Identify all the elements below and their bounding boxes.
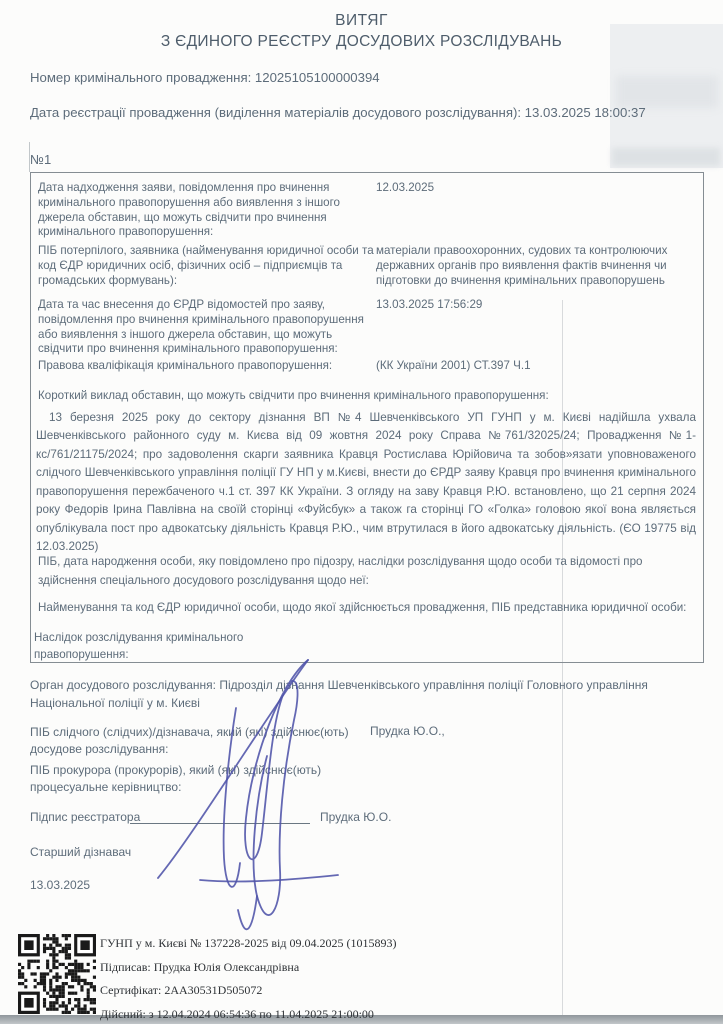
stamp-validity-line: Дійсний: з 12.04.2024 06:54:36 по 11.04.… — [100, 1007, 660, 1022]
document-title-line1: ВИТЯГ — [0, 12, 723, 30]
row-receipt-date-label: Дата надходження заяви, повідомлення про… — [38, 181, 374, 240]
summary-text: 13 березня 2025 року до сектору дізнання… — [36, 409, 696, 557]
prosecutor-label: ПІБ прокурора (прокурорів), який (які) з… — [30, 762, 370, 797]
investigating-authority: Орган досудового розслідування: Підрозді… — [30, 676, 685, 712]
outcome-label: Наслідок розслідування кримінального пра… — [34, 630, 334, 664]
case-number-line: Номер кримінального провадження: 1202510… — [30, 70, 380, 85]
record-number: №1 — [30, 152, 51, 167]
row-applicant-label: ПІБ потерпілого, заявника (найменування … — [38, 244, 374, 288]
row-applicant-value: матеріали правоохоронних, судових та кон… — [376, 244, 698, 288]
legal-entity-label: Найменування та код ЄДР юридичної особи,… — [38, 601, 698, 616]
row-erdr-entry-value: 13.03.2025 17:56:29 — [376, 298, 696, 313]
signature-line — [130, 809, 310, 824]
stamp-certificate-line: Сертифікат: 2AA30531D505072 — [100, 983, 660, 998]
registrar-signature-label: Підпис реєстратора — [30, 810, 140, 824]
row-legal-qualification-label: Правова кваліфікація кримінального право… — [38, 359, 374, 374]
stamp-signer-line: Підписав: Прудка Юлія Олександрівна — [100, 960, 660, 975]
row-erdr-entry-label: Дата та час внесення до ЄРДР відомостей … — [38, 298, 380, 357]
stamp-registry-line: ГУНП у м. Києві № 137228-2025 від 09.04.… — [100, 936, 660, 951]
suspect-label: ПІБ, дата народження особи, яку повідомл… — [38, 553, 690, 590]
row-legal-qualification-value: (КК України 2001) СТ.397 Ч.1 — [376, 359, 696, 374]
row-receipt-date-value: 12.03.2025 — [376, 181, 696, 196]
document-date: 13.03.2025 — [30, 878, 90, 892]
stamp-block: ГУНП у м. Києві № 137228-2025 від 09.04.… — [100, 936, 660, 1024]
document-page: ВИТЯГ З ЄДИНОГО РЕЄСТРУ ДОСУДОВИХ РОЗСЛІ… — [0, 0, 723, 1024]
registrar-signature-name: Прудка Ю.О. — [320, 810, 391, 824]
summary-heading: Короткий виклад обставин, що можуть свід… — [38, 389, 698, 404]
scan-artifact-blob — [612, 148, 720, 166]
registration-date-line: Дата реєстрації провадження (виділення м… — [30, 104, 698, 122]
record-table: Дата надходження заяви, повідомлення про… — [30, 172, 704, 663]
registrar-position: Старший дізнавач — [30, 845, 131, 859]
document-title-line2: З ЄДИНОГО РЕЄСТРУ ДОСУДОВИХ РОЗСЛІДУВАНЬ — [0, 33, 723, 51]
investigator-name: Прудка Ю.О., — [370, 724, 445, 738]
qr-code — [18, 934, 96, 1014]
investigator-label: ПІБ слідчого (слідчих)/дізнавача, який (… — [30, 724, 370, 759]
